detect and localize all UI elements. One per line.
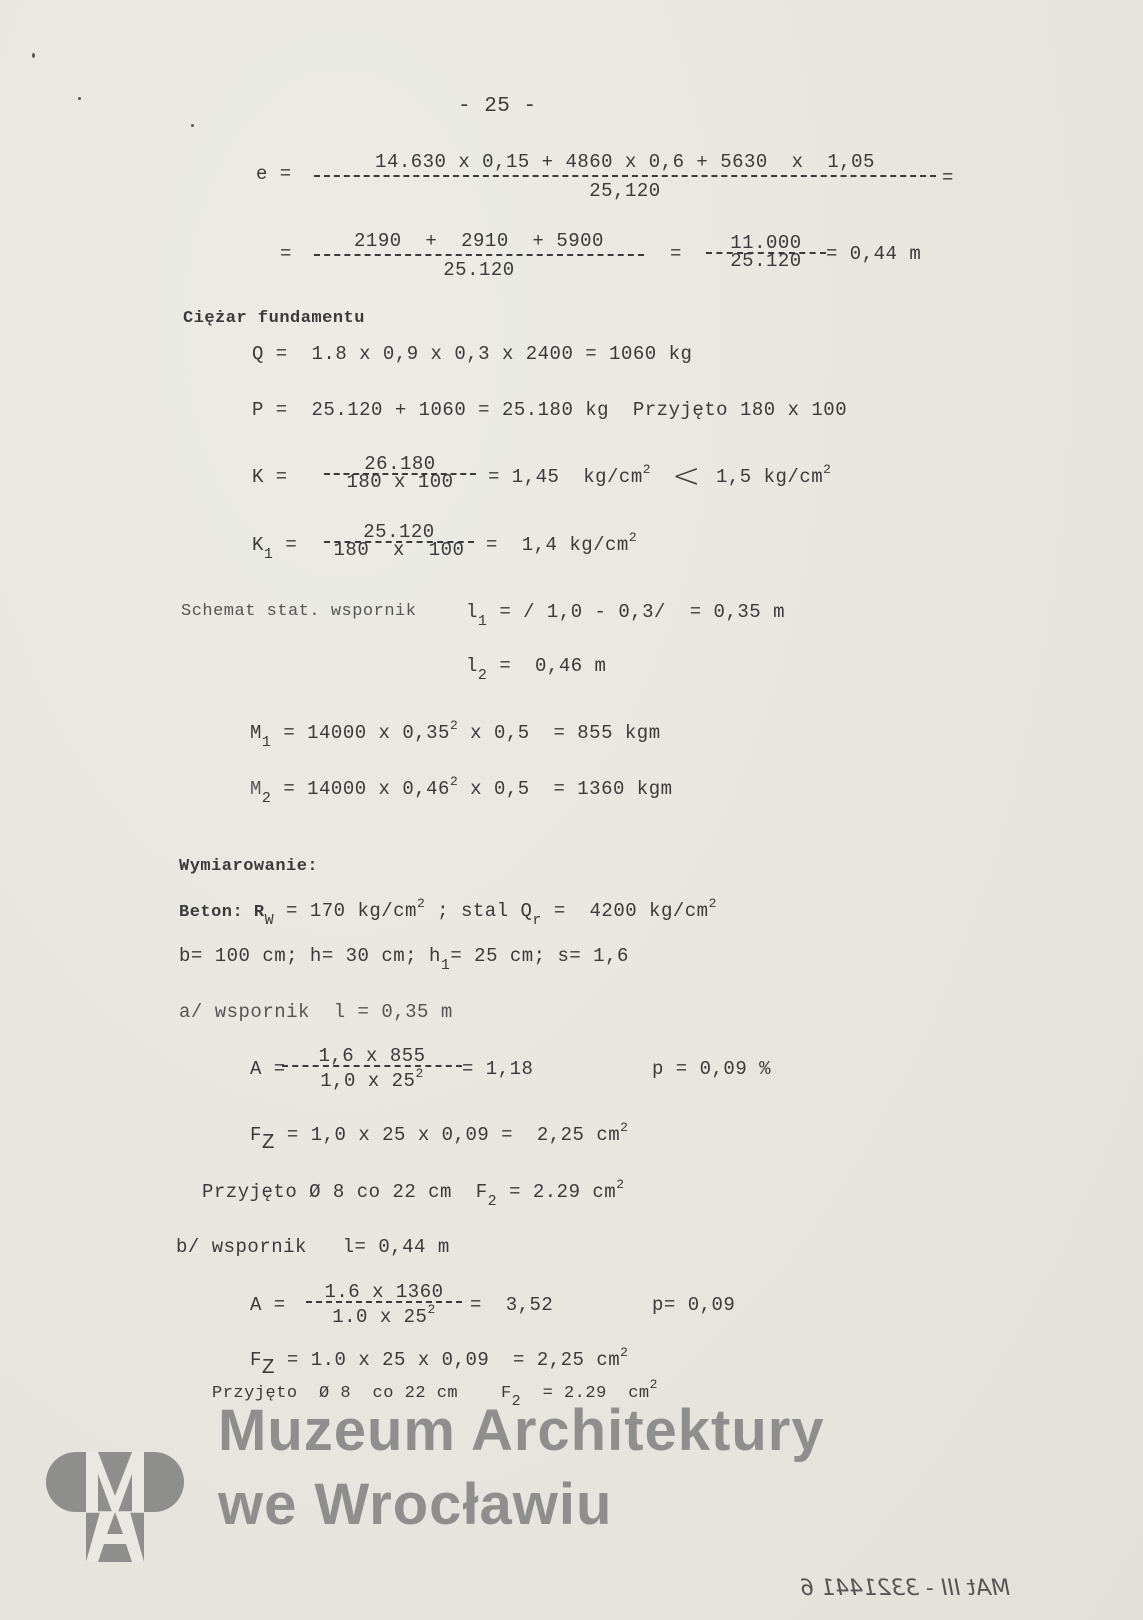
fz-var: F <box>250 1124 262 1146</box>
beton-sub: W <box>265 912 275 929</box>
p-line: P = 25.120 + 1060 = 25.180 kg Przyjęto 1… <box>252 399 847 421</box>
eccentricity-line2-eq: = <box>280 243 292 265</box>
paper-speck <box>191 124 194 127</box>
case-a-heading: a/ wspornik l = 0,35 m <box>179 1001 453 1023</box>
watermark-line1: Muzeum Architektury <box>218 1396 825 1466</box>
stal-label: ; stal Q <box>425 900 532 922</box>
k1-lhs: K1 = <box>252 534 297 556</box>
numerator: 2190 + 2910 + 5900 <box>314 230 644 252</box>
case-a-A-fraction: 1,6 x 855 1,0 x 252 <box>282 1045 462 1092</box>
adopted-exp: 2 <box>650 1377 658 1392</box>
fz-sub: Z <box>262 1132 275 1155</box>
k-result: = 1,45 kg/cm2 <box>488 466 651 488</box>
denominator: 1,0 x 252 <box>282 1070 462 1092</box>
paper-speck <box>32 53 35 58</box>
case-b-A-result: = 3,52 <box>470 1294 553 1316</box>
eccentricity-result: = 0,44 m <box>826 243 921 265</box>
k1-result: = 1,4 kg/cm2 <box>486 534 637 556</box>
fz-exp: 2 <box>620 1120 628 1135</box>
beton-value: = 170 kg/cm <box>274 900 417 922</box>
m2-sub: 2 <box>262 790 272 807</box>
fz-var: F <box>250 1349 262 1371</box>
fz-expr: = 1,0 x 25 x 0,09 = 2,25 cm <box>275 1124 620 1146</box>
m1-var: M <box>250 722 262 744</box>
numerator: 1.6 x 1360 <box>306 1281 462 1303</box>
l1-var: l <box>466 601 478 623</box>
k-limit-exp: 2 <box>823 462 831 477</box>
l2-var: l <box>466 655 478 677</box>
paper-speck <box>78 97 81 100</box>
dims-sub: 1 <box>441 957 451 974</box>
materials-line: Beton: RW = 170 kg/cm2 ; stal Qr = 4200 … <box>179 900 717 924</box>
m2-expr-a: = 14000 x 0,46 <box>271 778 450 800</box>
denominator: 180 x 100 <box>324 539 474 561</box>
case-b-fz-line: FZ = 1.0 x 25 x 0,09 = 2,25 cm2 <box>250 1349 628 1371</box>
m2-line: M2 = 14000 x 0,462 x 0,5 = 1360 kgm <box>250 778 673 800</box>
k1-var: K <box>252 534 264 556</box>
adopted-b: = 2.29 cm <box>497 1181 616 1203</box>
case-b-A-fraction: 1.6 x 1360 1.0 x 252 <box>306 1281 462 1328</box>
denominator: 25,120 <box>314 180 936 202</box>
denominator: 25.120 <box>706 250 826 272</box>
m2-var: M <box>250 778 262 800</box>
sum-fraction: 2190 + 2910 + 5900 25.120 <box>314 230 644 281</box>
dimensioning-heading: Wymiarowanie: <box>179 856 318 878</box>
l1-expr: = / 1,0 - 0,3/ = 0,35 m <box>487 601 785 623</box>
adopted-exp: 2 <box>616 1177 624 1192</box>
k-limit: 1,5 kg/cm2 <box>716 466 831 488</box>
den-exp: 2 <box>427 1302 435 1317</box>
denominator: 180 x 100 <box>324 471 476 493</box>
stal-exp: 2 <box>709 896 717 911</box>
handwritten-catalog-note: MAt III - 3321441 6 <box>800 1576 1010 1601</box>
m1-expr-a: = 14000 x 0,35 <box>271 722 450 744</box>
q-line: Q = 1.8 x 0,9 x 0,3 x 2400 = 1060 kg <box>252 343 692 365</box>
watermark-line2: we Wrocławiu <box>218 1470 612 1540</box>
fz-expr: = 1.0 x 25 x 0,09 = 2,25 cm <box>275 1349 620 1371</box>
den-text: 1,0 x 25 <box>320 1070 415 1092</box>
fraction-bar <box>314 254 644 256</box>
scheme-label: Schemat stat. wspornik <box>181 601 416 623</box>
k1-fraction: 25.120 180 x 100 <box>324 521 474 561</box>
l1-line: l1 = / 1,0 - 0,3/ = 0,35 m <box>466 601 785 623</box>
stal-value: = 4200 kg/cm <box>542 900 709 922</box>
k-limit-text: 1,5 kg/cm <box>716 466 823 488</box>
dims-a: b= 100 cm; h= 30 cm; h <box>179 945 441 967</box>
eccentricity-trailing-eq: = <box>942 167 954 189</box>
adopted-a: Przyjęto Ø 8 co 22 cm F <box>202 1181 488 1203</box>
foundation-heading: Ciężar fundamentu <box>183 308 365 330</box>
case-a-p: p = 0,09 % <box>652 1058 771 1080</box>
den-text: 1.0 x 25 <box>332 1306 427 1328</box>
m2-expr-b: x 0,5 = 1360 kgm <box>458 778 672 800</box>
denominator: 1.0 x 252 <box>306 1306 462 1328</box>
result-fraction: 11.000 25.120 <box>706 232 826 272</box>
eccentricity-lhs: e = <box>256 163 292 185</box>
m1-expr-b: x 0,5 = 855 kgm <box>458 722 660 744</box>
fraction-bar <box>314 175 936 177</box>
case-a-A-lhs: A = <box>250 1058 286 1080</box>
k1-sub: 1 <box>264 546 274 563</box>
k-result-text: = 1,45 kg/cm <box>488 466 643 488</box>
case-a-adopted: Przyjęto Ø 8 co 22 cm F2 = 2.29 cm2 <box>202 1181 625 1203</box>
case-b-heading: b/ wspornik l= 0,44 m <box>176 1236 450 1258</box>
l2-expr: = 0,46 m <box>487 655 606 677</box>
case-b-A-lhs: A = <box>250 1294 286 1316</box>
l2-sub: 2 <box>478 667 488 684</box>
less-than-sign: < <box>672 459 701 493</box>
case-a-A-result: = 1,18 <box>462 1058 533 1080</box>
museum-logo-icon <box>36 1452 188 1562</box>
k-lhs: K = <box>252 466 288 488</box>
l1-sub: 1 <box>478 613 488 630</box>
case-b-p: p= 0,09 <box>652 1294 735 1316</box>
case-a-fz-line: FZ = 1,0 x 25 x 0,09 = 2,25 cm2 <box>250 1124 628 1146</box>
beton-label: Beton: R <box>179 903 265 922</box>
numerator: 1,6 x 855 <box>282 1045 462 1067</box>
mid-eq: = <box>670 243 682 265</box>
page-number: - 25 - <box>458 96 537 118</box>
k1-result-text: = 1,4 kg/cm <box>486 534 629 556</box>
m1-sub: 1 <box>262 734 272 751</box>
adopted-sub: 2 <box>488 1193 498 1210</box>
stal-sub: r <box>532 912 542 929</box>
dims-b: = 25 cm; s= 1,6 <box>450 945 629 967</box>
numerator: 14.630 x 0,15 + 4860 x 0,6 + 5630 x 1,05 <box>314 151 936 173</box>
dimensions-line: b= 100 cm; h= 30 cm; h1= 25 cm; s= 1,6 <box>179 945 629 967</box>
k1-eq: = <box>285 534 297 556</box>
k-exp: 2 <box>643 462 651 477</box>
denominator: 25.120 <box>314 259 644 281</box>
fz-exp: 2 <box>620 1345 628 1360</box>
l2-line: l2 = 0,46 m <box>466 655 606 677</box>
m1-line: M1 = 14000 x 0,352 x 0,5 = 855 kgm <box>250 722 661 744</box>
eccentricity-fraction: 14.630 x 0,15 + 4860 x 0,6 + 5630 x 1,05… <box>314 151 936 202</box>
k-fraction: 26.180 180 x 100 <box>324 453 476 493</box>
k1-exp: 2 <box>629 530 637 545</box>
fz-sub: Z <box>262 1357 275 1380</box>
den-exp: 2 <box>415 1066 423 1081</box>
